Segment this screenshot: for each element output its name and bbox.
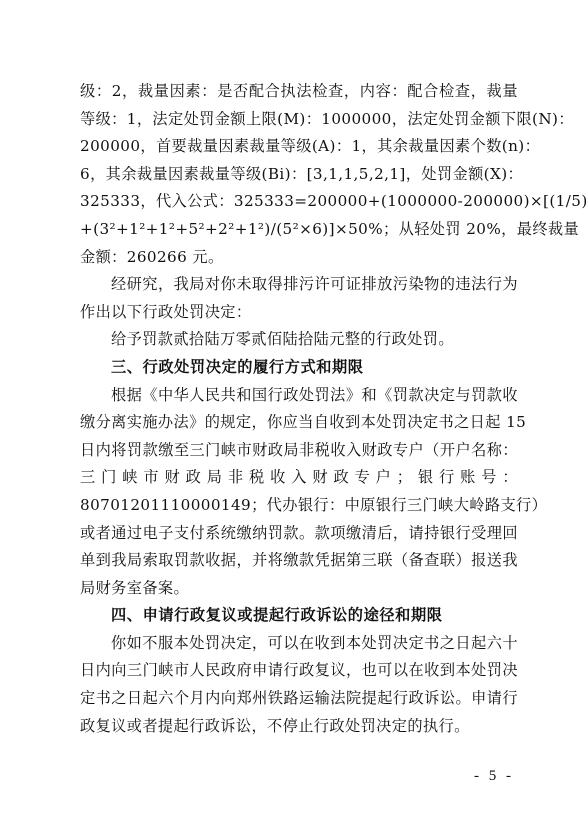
- final-amount-line: 金额：260266 元。: [80, 244, 518, 272]
- text-line: 缴分离实施办法》的规定，你应当自收到本处罚决定书之日起 15: [80, 409, 518, 437]
- text-line: 你如不服本处罚决定，可以在收到本处罚决定书之日起六十: [80, 630, 518, 658]
- text-line: 200000，首要裁量因素裁量等级(A)：1，其余裁量因素个数(n)：: [80, 133, 518, 161]
- penalty-decision: 给予罚款贰拾陆万零贰佰陆拾陆元整的行政处罚。: [80, 326, 518, 354]
- text-line: 三门峡市财政局非税收入财政专户；银行账号：: [80, 464, 518, 492]
- text-line: 政复议或者提起行政诉讼，不停止行政处罚决定的执行。: [80, 713, 518, 741]
- text-line: 6，其余裁量因素裁量等级(Bi)：[3,1,1,5,2,1]，处罚金额(X)：: [80, 161, 518, 189]
- decision-intro-paragraph: 经研究，我局对你未取得排污许可证排放污染物的违法行为 作出以下行政处罚决定：: [80, 271, 518, 326]
- text-line: 或者通过电子支付系统缴纳罚款。款项缴清后，请持银行受理回: [80, 520, 518, 548]
- section-4-heading: 四、申请行政复议或提起行政诉讼的途径和期限: [80, 602, 518, 630]
- bank-account-line: 80701201110000149；代办银行：中原银行三门峡大岭路支行）: [80, 492, 518, 520]
- calculation-paragraph: 级：2，裁量因素：是否配合执法检查，内容：配合检查，裁量 等级：1，法定处罚金额…: [80, 78, 518, 271]
- text-line: 等级：1，法定处罚金额上限(M)：1000000，法定处罚金额下限(N)：: [80, 106, 518, 134]
- section-4-body: 你如不服本处罚决定，可以在收到本处罚决定书之日起六十 日内向三门峡市人民政府申请…: [80, 630, 518, 740]
- document-page: 级：2，裁量因素：是否配合执法检查，内容：配合检查，裁量 等级：1，法定处罚金额…: [80, 78, 518, 740]
- text-line: 级：2，裁量因素：是否配合执法检查，内容：配合检查，裁量: [80, 78, 518, 106]
- text-line: 定书之日起六个月内向郑州铁路运输法院提起行政诉讼。申请行: [80, 685, 518, 713]
- text-line: 局财务室备案。: [80, 575, 518, 603]
- page-number: - 5 -: [474, 768, 514, 785]
- text-line: 单到我局索取罚款收据，并将缴款凭据第三联（备查联）报送我: [80, 547, 518, 575]
- text-line: 日内向三门峡市人民政府申请行政复议，也可以在收到本处罚决: [80, 657, 518, 685]
- text-line: 日内将罚款缴至三门峡市财政局非税收入财政专户（开户名称：: [80, 437, 518, 465]
- section-3-heading: 三、行政处罚决定的履行方式和期限: [80, 354, 518, 382]
- text-line: 根据《中华人民共和国行政处罚法》和《罚款决定与罚款收: [80, 382, 518, 410]
- text-line: 经研究，我局对你未取得排污许可证排放污染物的违法行为: [80, 271, 518, 299]
- text-line: 作出以下行政处罚决定：: [80, 299, 518, 327]
- formula-line: +(3²+1²+1²+5²+2²+1²)/(5²×6)]×50%；从轻处罚 20…: [80, 216, 518, 244]
- formula-line: 325333，代入公式：325333=200000+(1000000-20000…: [80, 188, 518, 216]
- section-3-body: 根据《中华人民共和国行政处罚法》和《罚款决定与罚款收 缴分离实施办法》的规定，你…: [80, 382, 518, 603]
